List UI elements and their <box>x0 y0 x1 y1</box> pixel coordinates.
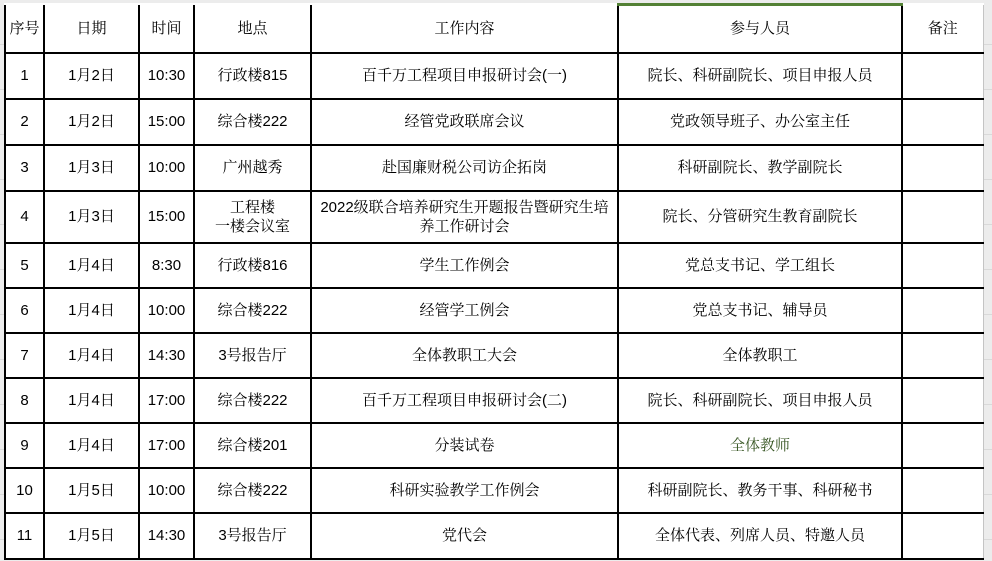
header-date[interactable]: 日期 <box>44 5 139 54</box>
cell-time[interactable]: 15:00 <box>139 191 194 243</box>
cell-participants[interactable]: 党总支书记、学工组长 <box>618 243 902 288</box>
cell-participants[interactable]: 院长、分管研究生教育副院长 <box>618 191 902 243</box>
cell-date[interactable]: 1月5日 <box>44 468 139 513</box>
table-row: 3 1月3日 10:00 广州越秀 赴国廉财税公司访企拓岗 科研副院长、教学副院… <box>5 145 983 191</box>
cell-no[interactable]: 7 <box>5 333 44 378</box>
cell-date[interactable]: 1月4日 <box>44 288 139 333</box>
cell-place[interactable]: 工程楼 一楼会议室 <box>194 191 311 243</box>
cell-date[interactable]: 1月2日 <box>44 53 139 99</box>
table-row: 1 1月2日 10:30 行政楼815 百千万工程项目申报研讨会(一) 院长、科… <box>5 53 983 99</box>
cell-participants[interactable]: 党政领导班子、办公室主任 <box>618 99 902 145</box>
cell-note[interactable] <box>902 333 983 378</box>
cell-date[interactable]: 1月4日 <box>44 423 139 468</box>
cell-participants[interactable]: 党总支书记、辅导员 <box>618 288 902 333</box>
cell-date[interactable]: 1月4日 <box>44 243 139 288</box>
cell-date[interactable]: 1月4日 <box>44 378 139 423</box>
cell-no[interactable]: 2 <box>5 99 44 145</box>
cell-note[interactable] <box>902 423 983 468</box>
cell-content[interactable]: 分装试卷 <box>311 423 618 468</box>
cell-note[interactable] <box>902 513 983 559</box>
header-place[interactable]: 地点 <box>194 5 311 54</box>
table-row: 5 1月4日 8:30 行政楼816 学生工作例会 党总支书记、学工组长 <box>5 243 983 288</box>
cell-no[interactable]: 6 <box>5 288 44 333</box>
cell-time[interactable]: 10:00 <box>139 288 194 333</box>
schedule-table: 序号 日期 时间 地点 工作内容 参与人员 备注 1 1月2日 10:30 行政… <box>4 3 984 560</box>
cell-note[interactable] <box>902 99 983 145</box>
cell-date[interactable]: 1月4日 <box>44 333 139 378</box>
table-row: 10 1月5日 10:00 综合楼222 科研实验教学工作例会 科研副院长、教务… <box>5 468 983 513</box>
cell-time[interactable]: 10:30 <box>139 53 194 99</box>
cell-place[interactable]: 综合楼222 <box>194 378 311 423</box>
cell-time[interactable]: 14:30 <box>139 333 194 378</box>
cell-content[interactable]: 百千万工程项目申报研讨会(二) <box>311 378 618 423</box>
cell-place[interactable]: 综合楼222 <box>194 99 311 145</box>
header-row: 序号 日期 时间 地点 工作内容 参与人员 备注 <box>5 5 983 54</box>
cell-content[interactable]: 2022级联合培养研究生开题报告暨研究生培养工作研讨会 <box>311 191 618 243</box>
cell-time[interactable]: 10:00 <box>139 468 194 513</box>
cell-time[interactable]: 15:00 <box>139 99 194 145</box>
cell-place[interactable]: 3号报告厅 <box>194 333 311 378</box>
cell-date[interactable]: 1月2日 <box>44 99 139 145</box>
sheet-margin-right <box>984 0 992 561</box>
table-row: 4 1月3日 15:00 工程楼 一楼会议室 2022级联合培养研究生开题报告暨… <box>5 191 983 243</box>
cell-content[interactable]: 经管学工例会 <box>311 288 618 333</box>
cell-note[interactable] <box>902 191 983 243</box>
cell-participants[interactable]: 院长、科研副院长、项目申报人员 <box>618 378 902 423</box>
cell-note[interactable] <box>902 145 983 191</box>
cell-date[interactable]: 1月5日 <box>44 513 139 559</box>
cell-content[interactable]: 百千万工程项目申报研讨会(一) <box>311 53 618 99</box>
cell-place[interactable]: 3号报告厅 <box>194 513 311 559</box>
cell-content[interactable]: 学生工作例会 <box>311 243 618 288</box>
cell-note[interactable] <box>902 378 983 423</box>
cell-note[interactable] <box>902 243 983 288</box>
cell-participants[interactable]: 全体代表、列席人员、特邀人员 <box>618 513 902 559</box>
table-row: 6 1月4日 10:00 综合楼222 经管学工例会 党总支书记、辅导员 <box>5 288 983 333</box>
header-content[interactable]: 工作内容 <box>311 5 618 54</box>
table-row: 7 1月4日 14:30 3号报告厅 全体教职工大会 全体教职工 <box>5 333 983 378</box>
header-time[interactable]: 时间 <box>139 5 194 54</box>
cell-participants[interactable]: 院长、科研副院长、项目申报人员 <box>618 53 902 99</box>
cell-note[interactable] <box>902 288 983 333</box>
cell-place[interactable]: 综合楼201 <box>194 423 311 468</box>
header-no[interactable]: 序号 <box>5 5 44 54</box>
cell-no[interactable]: 8 <box>5 378 44 423</box>
cell-no[interactable]: 1 <box>5 53 44 99</box>
cell-place[interactable]: 行政楼815 <box>194 53 311 99</box>
cell-no[interactable]: 5 <box>5 243 44 288</box>
cell-participants[interactable]: 科研副院长、教学副院长 <box>618 145 902 191</box>
cell-no[interactable]: 3 <box>5 145 44 191</box>
cell-content[interactable]: 全体教职工大会 <box>311 333 618 378</box>
cell-time[interactable]: 8:30 <box>139 243 194 288</box>
cell-no[interactable]: 11 <box>5 513 44 559</box>
cell-time[interactable]: 14:30 <box>139 513 194 559</box>
cell-date[interactable]: 1月3日 <box>44 191 139 243</box>
cell-content[interactable]: 赴国廉财税公司访企拓岗 <box>311 145 618 191</box>
cell-content[interactable]: 经管党政联席会议 <box>311 99 618 145</box>
header-note[interactable]: 备注 <box>902 5 983 54</box>
cell-participants[interactable]: 科研副院长、教务干事、科研秘书 <box>618 468 902 513</box>
cell-date[interactable]: 1月3日 <box>44 145 139 191</box>
table-row: 8 1月4日 17:00 综合楼222 百千万工程项目申报研讨会(二) 院长、科… <box>5 378 983 423</box>
cell-note[interactable] <box>902 53 983 99</box>
cell-place[interactable]: 综合楼222 <box>194 468 311 513</box>
table-row: 9 1月4日 17:00 综合楼201 分装试卷 全体教师 <box>5 423 983 468</box>
cell-no[interactable]: 4 <box>5 191 44 243</box>
cell-place[interactable]: 综合楼222 <box>194 288 311 333</box>
cell-note[interactable] <box>902 468 983 513</box>
cell-no[interactable]: 10 <box>5 468 44 513</box>
cell-place[interactable]: 广州越秀 <box>194 145 311 191</box>
cell-participants[interactable]: 全体教职工 <box>618 333 902 378</box>
cell-time[interactable]: 17:00 <box>139 378 194 423</box>
cell-place[interactable]: 行政楼816 <box>194 243 311 288</box>
spreadsheet-canvas: 序号 日期 时间 地点 工作内容 参与人员 备注 1 1月2日 10:30 行政… <box>0 0 992 561</box>
table-row: 11 1月5日 14:30 3号报告厅 党代会 全体代表、列席人员、特邀人员 <box>5 513 983 559</box>
cell-no[interactable]: 9 <box>5 423 44 468</box>
header-participants[interactable]: 参与人员 <box>618 5 902 54</box>
cell-time[interactable]: 10:00 <box>139 145 194 191</box>
cell-time[interactable]: 17:00 <box>139 423 194 468</box>
cell-participants-highlighted[interactable]: 全体教师 <box>618 423 902 468</box>
cell-content[interactable]: 党代会 <box>311 513 618 559</box>
cell-content[interactable]: 科研实验教学工作例会 <box>311 468 618 513</box>
table-row: 2 1月2日 15:00 综合楼222 经管党政联席会议 党政领导班子、办公室主… <box>5 99 983 145</box>
